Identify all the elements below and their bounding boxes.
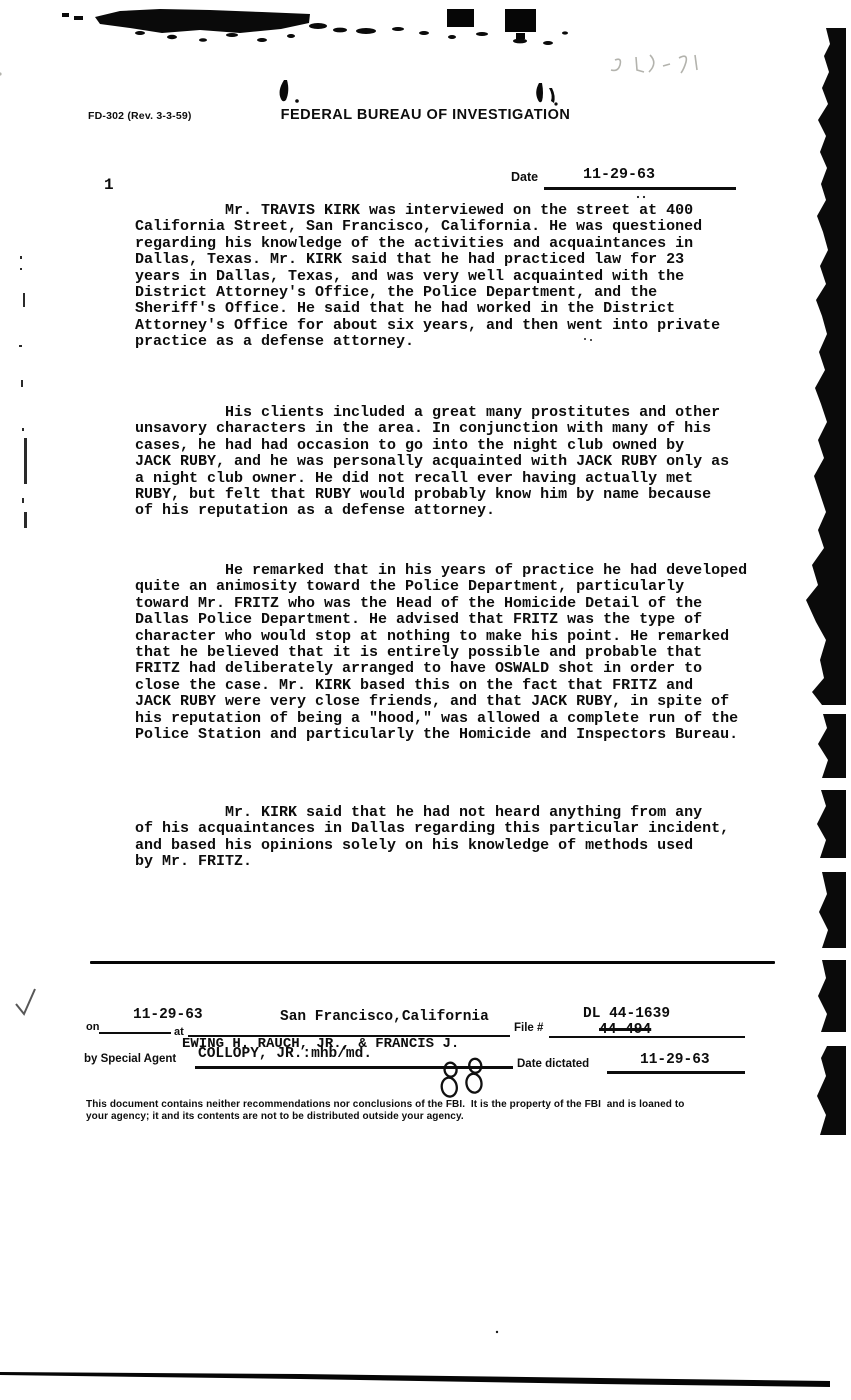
- property-disclaimer-text: This document contains neither recommend…: [86, 1099, 684, 1122]
- body-paragraph-1: Mr. TRAVIS KIRK was interviewed on the s…: [135, 203, 775, 351]
- file-number-label: File #: [514, 1022, 543, 1034]
- footer-separator-rule: [90, 961, 775, 964]
- on-field-underline: [99, 1032, 171, 1034]
- date-value: 11-29-63: [583, 166, 655, 183]
- scan-ink-squares: [447, 9, 536, 39]
- fd302-scanned-document-page: FD-302 (Rev. 3-3-59) FEDERAL BUREAU OF I…: [0, 0, 851, 1400]
- agency-title: FEDERAL BUREAU OF INVESTIGATION: [0, 107, 851, 123]
- body-paragraph-2: His clients included a great many prosti…: [135, 405, 775, 520]
- date-field-label: Date: [511, 170, 538, 184]
- date-field-underline: [544, 187, 736, 190]
- scanner-smudge-band: [62, 9, 568, 45]
- special-agent-value: COLLOPY, JR.:mhb/md.: [198, 1046, 372, 1062]
- interview-date-value: 11-29-63: [133, 1007, 203, 1023]
- page-number: 1: [104, 176, 114, 194]
- right-edge-scan-band: [806, 28, 846, 1135]
- date-dictated-underline: [607, 1071, 745, 1074]
- by-special-agent-label: by Special Agent: [84, 1053, 176, 1065]
- ink-blot-left: [280, 80, 299, 103]
- body-paragraph-3: He remarked that in his years of practic…: [135, 563, 775, 743]
- agent-initials-signature: [438, 1058, 485, 1098]
- on-field-label: on: [86, 1021, 99, 1033]
- left-margin-specks: [19, 256, 27, 528]
- stray-dots: [496, 196, 645, 1333]
- interview-location-value: San Francisco,California: [280, 1009, 489, 1025]
- file-number-struck-value: 44-494: [599, 1022, 651, 1038]
- special-agent-underline: [195, 1066, 513, 1069]
- date-dictated-label: Date dictated: [517, 1058, 589, 1070]
- body-paragraph-4: Mr. KIRK said that he had not heard anyt…: [135, 805, 775, 871]
- file-number-value: DL 44-1639: [583, 1006, 670, 1022]
- handwritten-checkmark: [16, 989, 35, 1014]
- ink-blot-right: [536, 83, 557, 106]
- handwritten-pencil-note: [0, 55, 697, 75]
- date-dictated-value: 11-29-63: [640, 1052, 710, 1068]
- bottom-scan-edge-line: [0, 1372, 830, 1387]
